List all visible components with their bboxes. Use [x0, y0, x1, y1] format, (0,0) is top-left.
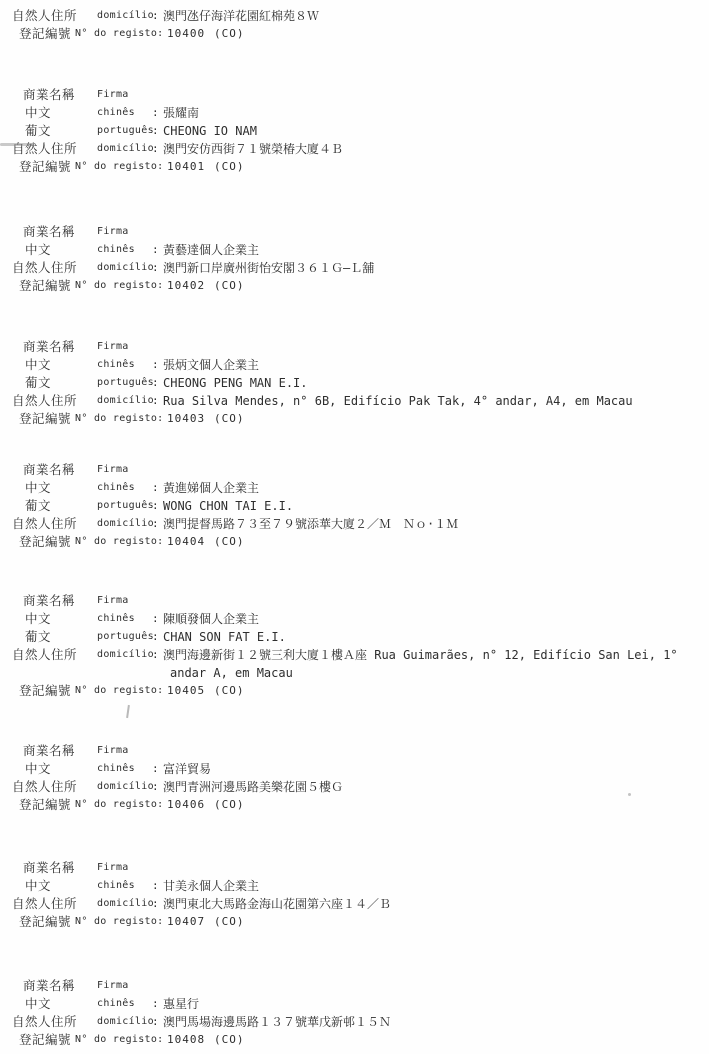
chinese-label-cjk: 中文 [25, 760, 51, 778]
registry-label-latin: N° do registo: [75, 25, 164, 43]
registry-label-latin: N° do registo: [75, 410, 164, 428]
domicile-line: 自然人住所domicílio:澳門提督馬路７３至７９號添華大廈２／Ｍ Ｎｏ·１Ｍ [0, 515, 709, 533]
domicile-label-cjk: 自然人住所 [12, 392, 77, 410]
chinese-label-latin: chinês [97, 995, 135, 1013]
registry-number-line: 登記編號N° do registo:10407(CO) [0, 913, 709, 931]
domicile-label-cjk: 自然人住所 [12, 778, 77, 796]
firm-name-line: 商業名稱Firma [0, 977, 709, 995]
registry-number-line: 登記編號N° do registo:10408(CO) [0, 1031, 709, 1049]
firm-name-line: 商業名稱Firma [0, 338, 709, 356]
colon-separator: : [152, 995, 159, 1013]
registry-number-line: 登記編號N° do registo:10401(CO) [0, 158, 709, 176]
colon-separator: : [152, 610, 159, 628]
portuguese-label-cjk: 葡文 [25, 374, 51, 392]
domicile-value: 澳門提督馬路７３至７９號添華大廈２／Ｍ Ｎｏ·１Ｍ [163, 515, 458, 533]
firm-label-chinese: 商業名稱 [23, 742, 75, 760]
colon-separator: : [152, 497, 159, 515]
registry-number-value: 10406 [167, 796, 205, 814]
domicile-value: 澳門氹仔海洋花園紅棉苑８Ｗ [163, 7, 319, 25]
portuguese-label-cjk: 葡文 [25, 628, 51, 646]
registry-number-line: 登記編號N° do registo:10404(CO) [0, 533, 709, 551]
chinese-label-cjk: 中文 [25, 356, 51, 374]
chinese-name-value: 張炳文個人企業主 [163, 356, 259, 374]
registry-label-latin: N° do registo: [75, 913, 164, 931]
chinese-name-value: 陳順發個人企業主 [163, 610, 259, 628]
domicile-label-latin: domicílio [97, 7, 154, 25]
domicile-line: 自然人住所domicílio:澳門青洲河邊馬路美樂花園５樓Ｇ [0, 778, 709, 796]
colon-separator: : [152, 392, 159, 410]
firm-name-line: 商業名稱Firma [0, 86, 709, 104]
portuguese-name-value: WONG CHON TAI E.I. [163, 497, 293, 515]
domicile-label-latin: domicílio [97, 259, 154, 277]
domicile-line: 自然人住所domicílio:澳門東北大馬路金海山花園第六座１４／Ｂ [0, 895, 709, 913]
registry-label-cjk: 登記編號 [19, 1031, 71, 1049]
firm-label-chinese: 商業名稱 [23, 461, 75, 479]
scan-artifact-tick [126, 705, 130, 718]
registry-label-cjk: 登記編號 [19, 913, 71, 931]
firm-label-chinese: 商業名稱 [23, 338, 75, 356]
registry-label-cjk: 登記編號 [19, 682, 71, 700]
colon-separator: : [152, 628, 159, 646]
registry-type-suffix: (CO) [214, 277, 245, 295]
colon-separator: : [152, 104, 159, 122]
registry-number-value: 10401 [167, 158, 205, 176]
registry-number-line: 登記編號N° do registo:10400(CO) [0, 25, 709, 43]
firm-label-chinese: 商業名稱 [23, 86, 75, 104]
domicile-line: 自然人住所domicílio:澳門海邊新街１２號三利大廈１樓Ａ座 Rua Gui… [0, 646, 709, 664]
chinese-label-latin: chinês [97, 241, 135, 259]
firm-label-portuguese: Firma [97, 86, 129, 104]
domicile-label-latin: domicílio [97, 1013, 154, 1031]
registry-number-line: 登記編號N° do registo:10403(CO) [0, 410, 709, 428]
colon-separator: : [152, 122, 159, 140]
portuguese-name-line: 葡文português:CHEONG IO NAM [0, 122, 709, 140]
registry-number-value: 10400 [167, 25, 205, 43]
registry-number-line: 登記編號N° do registo:10406(CO) [0, 796, 709, 814]
domicile-value: 澳門馬場海邊馬路１３７號華戊新邨１５Ｎ [163, 1013, 391, 1031]
registry-type-suffix: (CO) [214, 25, 245, 43]
portuguese-label-cjk: 葡文 [25, 497, 51, 515]
domicile-label-latin: domicílio [97, 646, 154, 664]
registry-label-latin: N° do registo: [75, 682, 164, 700]
chinese-name-line: 中文chinês:甘美永個人企業主 [0, 877, 709, 895]
firm-label-portuguese: Firma [97, 592, 129, 610]
domicile-value-continuation: andar A, em Macau [170, 664, 293, 682]
colon-separator: : [152, 1013, 159, 1031]
domicile-line: 自然人住所domicílio:Rua Silva Mendes, n° 6B, … [0, 392, 709, 410]
chinese-name-value: 甘美永個人企業主 [163, 877, 259, 895]
chinese-label-latin: chinês [97, 479, 135, 497]
domicile-value: 澳門青洲河邊馬路美樂花園５樓Ｇ [163, 778, 343, 796]
colon-separator: : [152, 479, 159, 497]
registry-label-cjk: 登記編號 [19, 410, 71, 428]
colon-separator: : [152, 356, 159, 374]
firm-label-chinese: 商業名稱 [23, 223, 75, 241]
chinese-label-latin: chinês [97, 760, 135, 778]
colon-separator: : [152, 374, 159, 392]
portuguese-name-line: 葡文português:CHEONG PENG MAN E.I. [0, 374, 709, 392]
chinese-name-line: 中文chinês:惠星行 [0, 995, 709, 1013]
colon-separator: : [152, 895, 159, 913]
chinese-label-cjk: 中文 [25, 104, 51, 122]
domicile-label-cjk: 自然人住所 [12, 1013, 77, 1031]
firm-label-portuguese: Firma [97, 742, 129, 760]
registry-label-latin: N° do registo: [75, 277, 164, 295]
chinese-name-value: 張耀南 [163, 104, 199, 122]
scan-artifact-dash [0, 143, 34, 146]
firm-name-line: 商業名稱Firma [0, 742, 709, 760]
registry-type-suffix: (CO) [214, 913, 245, 931]
firm-label-chinese: 商業名稱 [23, 592, 75, 610]
firm-label-chinese: 商業名稱 [23, 977, 75, 995]
registry-label-latin: N° do registo: [75, 533, 164, 551]
chinese-name-line: 中文chinês:陳順發個人企業主 [0, 610, 709, 628]
chinese-label-cjk: 中文 [25, 877, 51, 895]
colon-separator: : [152, 140, 159, 158]
colon-separator: : [152, 241, 159, 259]
chinese-name-value: 黃進娣個人企業主 [163, 479, 259, 497]
domicile-label-latin: domicílio [97, 140, 154, 158]
domicile-line: 自然人住所domicílio:澳門新口岸廣州街怡安閣３６１Ｇ—Ｌ舖 [0, 259, 709, 277]
firm-label-portuguese: Firma [97, 461, 129, 479]
portuguese-label-cjk: 葡文 [25, 122, 51, 140]
domicile-label-latin: domicílio [97, 895, 154, 913]
domicile-value: 澳門新口岸廣州街怡安閣３６１Ｇ—Ｌ舖 [163, 259, 374, 277]
registry-label-cjk: 登記編號 [19, 25, 71, 43]
firm-label-portuguese: Firma [97, 223, 129, 241]
registry-type-suffix: (CO) [214, 682, 245, 700]
firm-name-line: 商業名稱Firma [0, 223, 709, 241]
portuguese-label-latin: português [97, 122, 154, 140]
portuguese-name-line: 葡文português:CHAN SON FAT E.I. [0, 628, 709, 646]
registry-type-suffix: (CO) [214, 158, 245, 176]
domicile-value: Rua Silva Mendes, n° 6B, Edifício Pak Ta… [163, 392, 633, 410]
registry-label-cjk: 登記編號 [19, 533, 71, 551]
registry-label-cjk: 登記編號 [19, 158, 71, 176]
domicile-line: 自然人住所domicílio:澳門安仿西街７１號榮椿大廈４Ｂ [0, 140, 709, 158]
chinese-label-cjk: 中文 [25, 479, 51, 497]
domicile-value: 澳門安仿西街７１號榮椿大廈４Ｂ [163, 140, 343, 158]
registry-number-value: 10402 [167, 277, 205, 295]
portuguese-name-value: CHEONG IO NAM [163, 122, 257, 140]
chinese-label-latin: chinês [97, 610, 135, 628]
portuguese-label-latin: português [97, 374, 154, 392]
registry-number-value: 10404 [167, 533, 205, 551]
chinese-name-value: 富洋貿易 [163, 760, 211, 778]
chinese-name-value: 惠星行 [163, 995, 199, 1013]
chinese-name-line: 中文chinês:黃藝達個人企業主 [0, 241, 709, 259]
chinese-label-latin: chinês [97, 104, 135, 122]
chinese-name-value: 黃藝達個人企業主 [163, 241, 259, 259]
chinese-label-cjk: 中文 [25, 995, 51, 1013]
domicile-label-cjk: 自然人住所 [12, 646, 77, 664]
registry-number-value: 10407 [167, 913, 205, 931]
firm-label-portuguese: Firma [97, 977, 129, 995]
registry-type-suffix: (CO) [214, 1031, 245, 1049]
registry-number-line: 登記編號N° do registo:10405(CO) [0, 682, 709, 700]
chinese-name-line: 中文chinês:張炳文個人企業主 [0, 356, 709, 374]
domicile-label-cjk: 自然人住所 [12, 7, 77, 25]
registry-label-cjk: 登記編號 [19, 796, 71, 814]
colon-separator: : [152, 259, 159, 277]
chinese-label-latin: chinês [97, 356, 135, 374]
domicile-label-cjk: 自然人住所 [12, 895, 77, 913]
domicile-continuation-line: andar A, em Macau [0, 664, 709, 682]
colon-separator: : [152, 7, 159, 25]
chinese-label-cjk: 中文 [25, 241, 51, 259]
portuguese-name-value: CHAN SON FAT E.I. [163, 628, 286, 646]
chinese-name-line: 中文chinês:黃進娣個人企業主 [0, 479, 709, 497]
registry-type-suffix: (CO) [214, 410, 245, 428]
colon-separator: : [152, 760, 159, 778]
firm-label-portuguese: Firma [97, 338, 129, 356]
domicile-label-latin: domicílio [97, 515, 154, 533]
domicile-line: 自然人住所domicílio:澳門馬場海邊馬路１３７號華戊新邨１５Ｎ [0, 1013, 709, 1031]
registry-label-latin: N° do registo: [75, 1031, 164, 1049]
firm-name-line: 商業名稱Firma [0, 592, 709, 610]
registry-number-value: 10403 [167, 410, 205, 428]
domicile-line: 自然人住所domicílio:澳門氹仔海洋花園紅棉苑８Ｗ [0, 7, 709, 25]
registry-document-page: 自然人住所domicílio:澳門氹仔海洋花園紅棉苑８Ｗ登記編號N° do re… [0, 0, 709, 1054]
firm-name-line: 商業名稱Firma [0, 461, 709, 479]
registry-label-latin: N° do registo: [75, 796, 164, 814]
registry-type-suffix: (CO) [214, 796, 245, 814]
registry-label-cjk: 登記編號 [19, 277, 71, 295]
chinese-name-line: 中文chinês:富洋貿易 [0, 760, 709, 778]
firm-name-line: 商業名稱Firma [0, 859, 709, 877]
portuguese-label-latin: português [97, 497, 154, 515]
domicile-label-latin: domicílio [97, 778, 154, 796]
domicile-label-latin: domicílio [97, 392, 154, 410]
portuguese-label-latin: português [97, 628, 154, 646]
scan-artifact-dot [628, 793, 631, 796]
firm-label-portuguese: Firma [97, 859, 129, 877]
domicile-label-cjk: 自然人住所 [12, 259, 77, 277]
registry-label-latin: N° do registo: [75, 158, 164, 176]
colon-separator: : [152, 515, 159, 533]
chinese-label-cjk: 中文 [25, 610, 51, 628]
portuguese-name-value: CHEONG PENG MAN E.I. [163, 374, 308, 392]
firm-label-chinese: 商業名稱 [23, 859, 75, 877]
chinese-label-latin: chinês [97, 877, 135, 895]
domicile-value: 澳門東北大馬路金海山花園第六座１４／Ｂ [163, 895, 391, 913]
registry-number-value: 10408 [167, 1031, 205, 1049]
domicile-value: 澳門海邊新街１２號三利大廈１樓Ａ座 Rua Guimarães, n° 12, … [163, 646, 678, 664]
portuguese-name-line: 葡文português:WONG CHON TAI E.I. [0, 497, 709, 515]
registry-type-suffix: (CO) [214, 533, 245, 551]
registry-number-line: 登記編號N° do registo:10402(CO) [0, 277, 709, 295]
registry-number-value: 10405 [167, 682, 205, 700]
domicile-label-cjk: 自然人住所 [12, 515, 77, 533]
colon-separator: : [152, 778, 159, 796]
chinese-name-line: 中文chinês:張耀南 [0, 104, 709, 122]
colon-separator: : [152, 646, 159, 664]
colon-separator: : [152, 877, 159, 895]
